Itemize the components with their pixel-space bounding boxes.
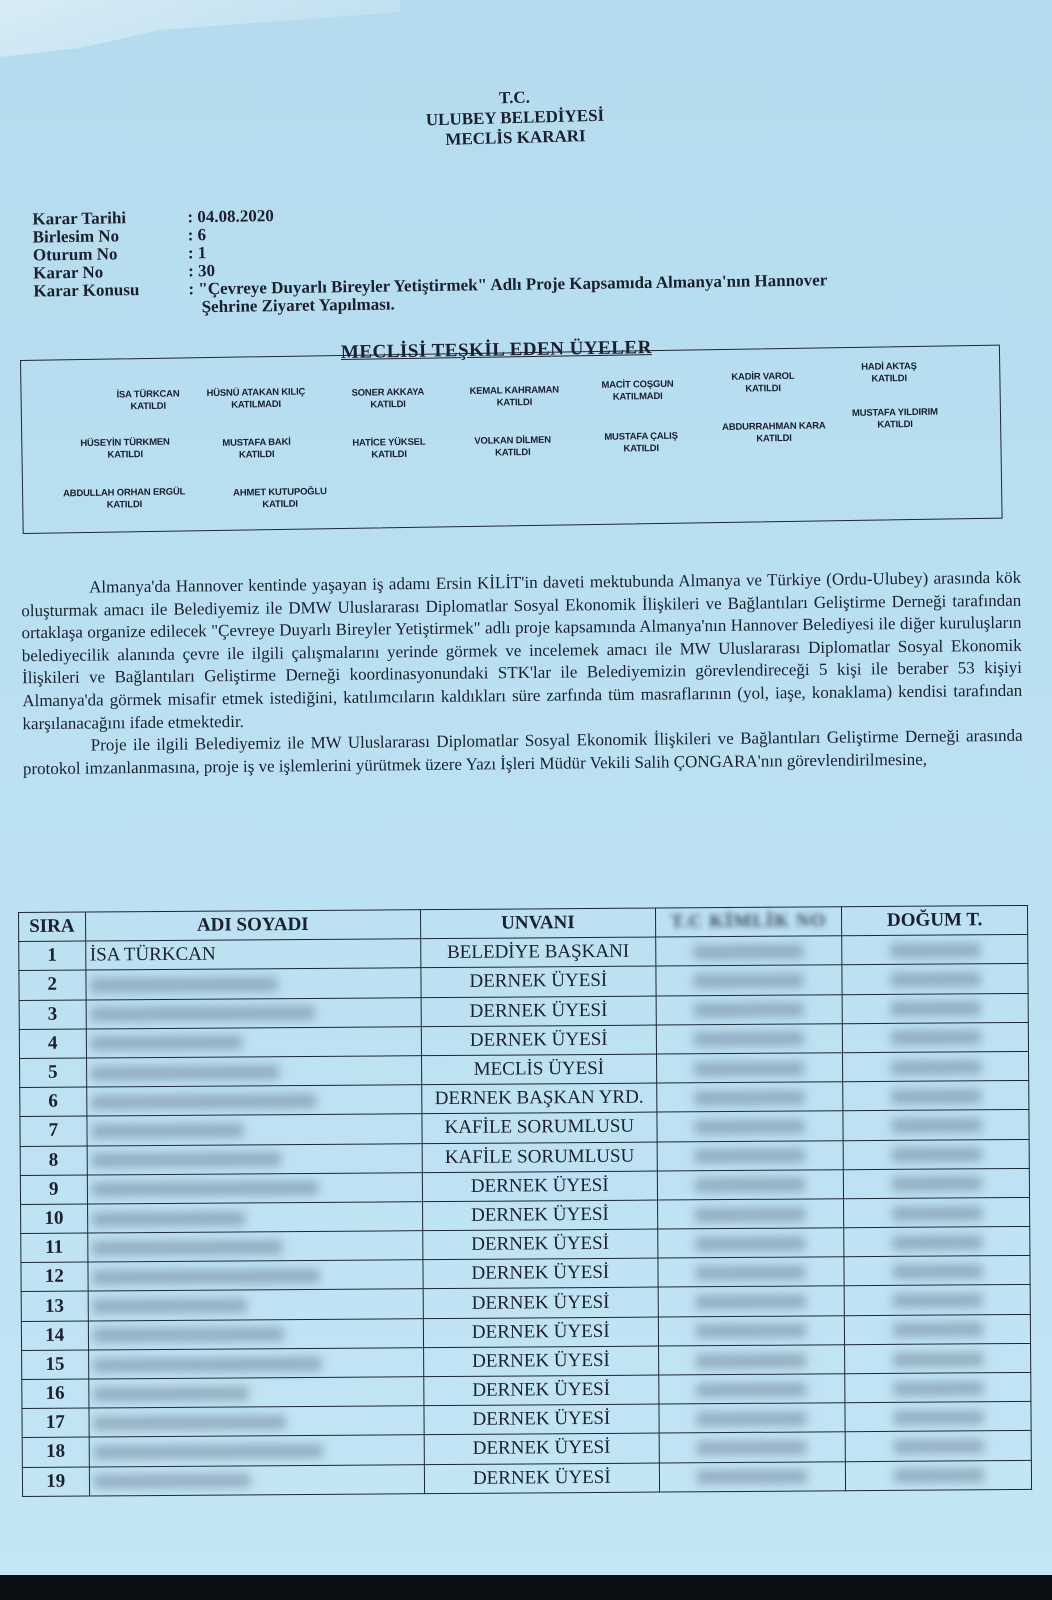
- member-status: KATILDI: [80, 449, 170, 462]
- cell-birthdate-redacted: [846, 1460, 1032, 1490]
- document-page: T.C. ULUBEY BELEDİYESİ MECLİS KARARI Kar…: [0, 0, 1052, 1600]
- cell-unvan: DERNEK ÜYESİ: [424, 1404, 659, 1435]
- member-name: HADİ AKTAŞ: [861, 361, 917, 374]
- member-name: VOLKAN DİLMEN: [474, 435, 551, 448]
- member-name: HATİCE YÜKSEL: [352, 437, 425, 450]
- cell-unvan: DERNEK ÜYESİ: [423, 1346, 658, 1377]
- cell-birthdate-redacted: [843, 1081, 1029, 1111]
- cell-sira: 14: [21, 1321, 88, 1351]
- member-name: HÜSNÜ ATAKAN KILIÇ: [206, 387, 305, 401]
- cell-sira: 9: [20, 1175, 87, 1205]
- member-entry: MACİT COŞGUNKATILMADI: [601, 379, 673, 404]
- cell-tc-redacted: [659, 1461, 846, 1491]
- cell-sira: 15: [22, 1350, 89, 1380]
- cell-tc-redacted: [656, 965, 843, 995]
- cell-unvan: DERNEK ÜYESİ: [421, 966, 656, 997]
- cell-name-redacted: [87, 1231, 423, 1263]
- member-status: KATILDI: [352, 449, 425, 462]
- member-name: MACİT COŞGUN: [601, 379, 673, 392]
- member-entry: HÜSEYİN TÜRKMENKATILDI: [80, 437, 170, 462]
- member-entry: ABDULLAH ORHAN ERGÜLKATILDI: [63, 486, 186, 512]
- cell-sira: 1: [19, 941, 86, 971]
- cell-tc-redacted: [655, 936, 842, 966]
- cell-sira: 17: [22, 1408, 89, 1438]
- cell-birthdate-redacted: [842, 935, 1028, 965]
- cell-birthdate-redacted: [842, 993, 1028, 1023]
- cell-tc-redacted: [656, 994, 843, 1024]
- cell-birthdate-redacted: [844, 1285, 1030, 1315]
- cell-sira: 16: [22, 1379, 89, 1409]
- cell-birthdate-redacted: [843, 1022, 1029, 1052]
- cell-name-redacted: [86, 1114, 422, 1146]
- cell-tc-redacted: [659, 1374, 846, 1404]
- member-status: KATILDI: [233, 498, 327, 511]
- cell-tc-redacted: [656, 1023, 843, 1053]
- cell-sira: 11: [21, 1233, 88, 1263]
- cell-name-redacted: [86, 1085, 422, 1117]
- cell-unvan: DERNEK ÜYESİ: [423, 1317, 658, 1348]
- cell-tc-redacted: [656, 1053, 843, 1083]
- cell-name-redacted: [88, 1377, 424, 1409]
- members-title: MECLİSİ TEŞKİL EDEN ÜYELER: [341, 337, 652, 364]
- member-status: KATILDI: [352, 399, 425, 412]
- member-entry: MUSTAFA YILDIRIMKATILDI: [852, 407, 938, 432]
- member-status: KATILMADI: [207, 399, 306, 413]
- cell-name-redacted: [88, 1347, 424, 1379]
- cell-sira: 10: [21, 1204, 88, 1234]
- member-status: KATILDI: [117, 400, 180, 413]
- cell-sira: 18: [22, 1437, 89, 1467]
- meta-label: Oturum No: [33, 244, 188, 264]
- meta-label: Karar Konusu: [33, 280, 188, 300]
- col-unvan: UNVANI: [420, 908, 655, 939]
- meta-value: : 30: [188, 262, 215, 280]
- cell-sira: 5: [20, 1058, 87, 1088]
- member-entry: ABDURRAHMAN KARAKATILDI: [722, 420, 826, 446]
- cell-name-redacted: [89, 1464, 425, 1496]
- member-status: KATILDI: [474, 447, 551, 460]
- cell-birthdate-redacted: [845, 1314, 1031, 1344]
- cell-unvan: DERNEK ÜYESİ: [423, 1287, 658, 1318]
- cell-sira: 12: [21, 1262, 88, 1292]
- cell-sira: 2: [19, 970, 86, 1000]
- cell-birthdate-redacted: [843, 1051, 1029, 1081]
- cell-tc-redacted: [658, 1286, 845, 1316]
- cell-tc-redacted: [658, 1257, 845, 1287]
- cell-birthdate-redacted: [843, 1110, 1029, 1140]
- cell-name-redacted: [89, 1435, 425, 1467]
- member-status: KATILDI: [470, 397, 560, 410]
- member-status: KATILDI: [63, 498, 185, 512]
- cell-name-redacted: [87, 1202, 423, 1234]
- cell-birthdate-redacted: [844, 1168, 1030, 1198]
- member-entry: SONER AKKAYAKATILDI: [351, 387, 424, 412]
- cell-tc-redacted: [656, 1082, 843, 1112]
- cell-name-redacted: [88, 1406, 424, 1438]
- member-name: MUSTAFA ÇALIŞ: [604, 431, 678, 444]
- cell-name-redacted: [86, 1056, 422, 1088]
- cell-name-redacted: [86, 1026, 422, 1058]
- member-entry: İSA TÜRKCANKATILDI: [116, 389, 179, 414]
- member-entry: HADİ AKTAŞKATILDI: [861, 361, 917, 386]
- meta-value: : 6: [188, 226, 207, 244]
- member-name: KADİR VAROL: [731, 371, 794, 384]
- member-entry: HATİCE YÜKSELKATILDI: [352, 437, 425, 462]
- col-name: ADI SOYADI: [85, 910, 421, 942]
- cell-unvan: KAFİLE SORUMLUSU: [422, 1112, 657, 1143]
- cell-unvan: DERNEK ÜYESİ: [424, 1463, 659, 1494]
- member-entry: AHMET KUTUPOĞLUKATILDI: [233, 486, 327, 511]
- member-name: ABDURRAHMAN KARA: [722, 420, 826, 434]
- member-name: İSA TÜRKCAN: [116, 389, 179, 402]
- cell-birthdate-redacted: [845, 1402, 1031, 1432]
- member-status: KATILDI: [722, 432, 826, 446]
- cell-name: İSA TÜRKCAN: [85, 939, 421, 971]
- decision-body: Almanya'da Hannover kentinde yaşayan iş …: [21, 567, 1023, 781]
- cell-unvan: DERNEK ÜYESİ: [422, 1200, 657, 1231]
- cell-unvan: BELEDİYE BAŞKANI: [421, 937, 656, 968]
- participants-table: SIRA ADI SOYADI UNVANI T.C KİMLİK NO DOĞ…: [18, 905, 1032, 1497]
- cell-unvan: DERNEK ÜYESİ: [424, 1375, 659, 1406]
- cell-name-redacted: [86, 997, 422, 1029]
- body-paragraph-1: Almanya'da Hannover kentinde yaşayan iş …: [21, 567, 1023, 736]
- cell-sira: 8: [20, 1146, 87, 1176]
- cell-name-redacted: [87, 1260, 423, 1292]
- cell-birthdate-redacted: [845, 1431, 1031, 1461]
- cell-birthdate-redacted: [845, 1343, 1031, 1373]
- cell-tc-redacted: [657, 1228, 844, 1258]
- cell-unvan: MECLİS ÜYESİ: [421, 1054, 656, 1085]
- cell-birthdate-redacted: [844, 1227, 1030, 1257]
- cell-unvan: DERNEK ÜYESİ: [421, 996, 656, 1027]
- col-birthdate: DOĞUM T.: [842, 905, 1028, 935]
- cell-birthdate-redacted: [842, 964, 1028, 994]
- cell-name-redacted: [87, 1172, 423, 1204]
- cell-birthdate-redacted: [844, 1197, 1030, 1227]
- cell-birthdate-redacted: [844, 1256, 1030, 1286]
- member-status: KATILDI: [852, 419, 938, 432]
- cell-name-redacted: [88, 1289, 424, 1321]
- cell-name-redacted: [85, 968, 421, 1000]
- member-status: KATILDI: [222, 449, 291, 462]
- member-name: SONER AKKAYA: [351, 387, 424, 400]
- cell-unvan: DERNEK ÜYESİ: [422, 1171, 657, 1202]
- cell-tc-redacted: [657, 1111, 844, 1141]
- member-name: AHMET KUTUPOĞLU: [233, 486, 327, 499]
- member-status: KATILDI: [731, 383, 794, 396]
- cell-tc-redacted: [658, 1315, 845, 1345]
- member-name: KEMAL KAHRAMAN: [469, 385, 559, 398]
- cell-sira: 6: [20, 1087, 87, 1117]
- member-entry: MUSTAFA BAKİKATILDI: [222, 437, 291, 462]
- member-entry: KEMAL KAHRAMANKATILDI: [469, 385, 559, 410]
- document-header: T.C. ULUBEY BELEDİYESİ MECLİS KARARI: [399, 85, 630, 151]
- cell-tc-redacted: [659, 1403, 846, 1433]
- member-name: MUSTAFA YILDIRIM: [852, 407, 938, 420]
- cell-tc-redacted: [657, 1169, 844, 1199]
- body-paragraph-2: Proje ile ilgili Belediyemiz ile MW Ulus…: [23, 725, 1023, 781]
- members-box: MECLİSİ TEŞKİL EDEN ÜYELER İSA TÜRKCANKA…: [20, 345, 1003, 534]
- cell-sira: 19: [22, 1467, 89, 1497]
- cell-unvan: KAFİLE SORUMLUSU: [422, 1142, 657, 1173]
- member-entry: KADİR VAROLKATILDI: [731, 371, 794, 396]
- cell-unvan: DERNEK ÜYESİ: [421, 1025, 656, 1056]
- col-tc: T.C KİMLİK NO: [655, 907, 842, 937]
- cell-sira: 3: [19, 1000, 86, 1030]
- background-surface: [0, 1575, 1052, 1600]
- member-name: MUSTAFA BAKİ: [222, 437, 291, 450]
- cell-unvan: DERNEK ÜYESİ: [423, 1258, 658, 1289]
- member-status: KATILMADI: [602, 391, 674, 404]
- cell-tc-redacted: [658, 1345, 845, 1375]
- cell-sira: 7: [20, 1116, 87, 1146]
- decision-meta: Karar Tarihi: 04.08.2020Birlesim No: 6Ot…: [32, 199, 827, 318]
- cell-birthdate-redacted: [843, 1139, 1029, 1169]
- member-name: HÜSEYİN TÜRKMEN: [80, 437, 170, 450]
- meta-value: : 1: [188, 244, 207, 262]
- member-status: KATILDI: [861, 373, 917, 386]
- cell-tc-redacted: [657, 1199, 844, 1229]
- meta-value: : 04.08.2020: [187, 207, 274, 226]
- folded-paper-corner: [0, 0, 400, 60]
- cell-unvan: DERNEK ÜYESİ: [424, 1433, 659, 1464]
- cell-unvan: DERNEK ÜYESİ: [423, 1229, 658, 1260]
- table-row: 19DERNEK ÜYESİ: [22, 1460, 1031, 1496]
- cell-birthdate-redacted: [845, 1372, 1031, 1402]
- member-status: KATILDI: [604, 443, 678, 456]
- cell-name-redacted: [87, 1143, 423, 1175]
- member-name: ABDULLAH ORHAN ERGÜL: [63, 486, 185, 500]
- cell-tc-redacted: [657, 1140, 844, 1170]
- cell-sira: 13: [21, 1291, 88, 1321]
- cell-tc-redacted: [659, 1432, 846, 1462]
- cell-sira: 4: [19, 1029, 86, 1059]
- col-sira: SIRA: [19, 912, 86, 942]
- cell-name-redacted: [88, 1318, 424, 1350]
- member-entry: VOLKAN DİLMENKATILDI: [474, 435, 551, 460]
- member-entry: HÜSNÜ ATAKAN KILIÇKATILMADI: [206, 387, 305, 413]
- member-entry: MUSTAFA ÇALIŞKATILDI: [604, 431, 678, 456]
- cell-unvan: DERNEK BAŞKAN YRD.: [422, 1083, 657, 1114]
